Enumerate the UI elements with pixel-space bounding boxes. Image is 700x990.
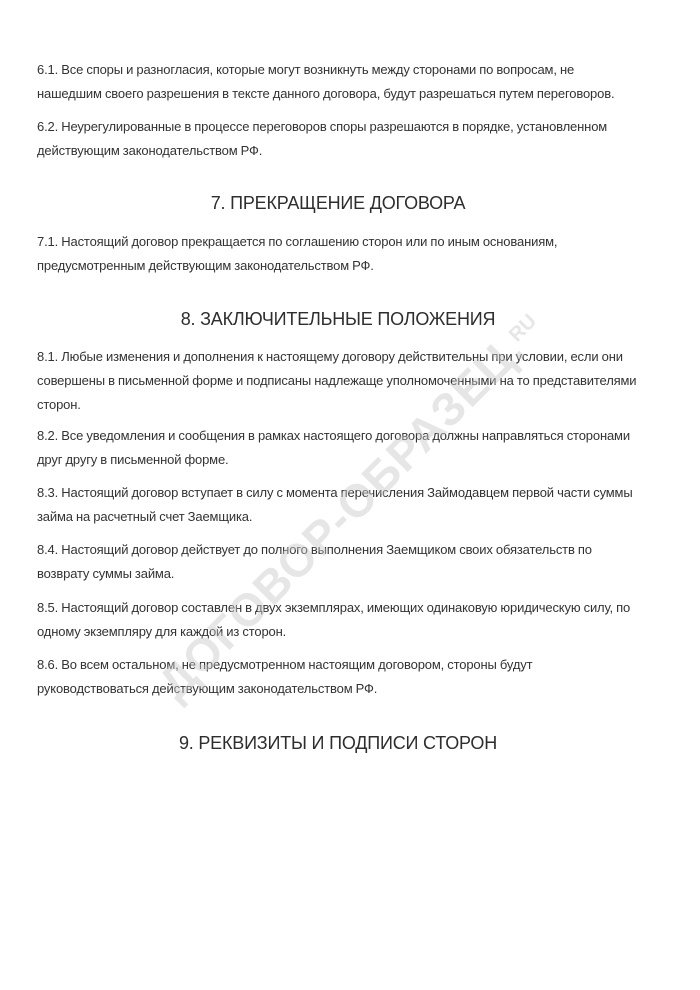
clause-6-1: 6.1. Все споры и разногласия, которые мо… (37, 58, 637, 106)
clause-8-2: 8.2. Все уведомления и сообщения в рамка… (37, 424, 637, 472)
section-heading-9: 9. РЕКВИЗИТЫ И ПОДПИСИ СТОРОН (0, 731, 676, 755)
clause-8-5: 8.5. Настоящий договор составлен в двух … (37, 596, 637, 644)
section-heading-8: 8. ЗАКЛЮЧИТЕЛЬНЫЕ ПОЛОЖЕНИЯ (0, 307, 676, 331)
clause-6-2: 6.2. Неурегулированные в процессе перего… (37, 115, 637, 163)
clause-8-4: 8.4. Настоящий договор действует до полн… (37, 538, 637, 586)
section-heading-7: 7. ПРЕКРАЩЕНИЕ ДОГОВОРА (0, 191, 676, 215)
clause-8-1: 8.1. Любые изменения и дополнения к наст… (37, 345, 637, 417)
clause-8-6: 8.6. Во всем остальном, не предусмотренн… (37, 653, 637, 701)
clause-8-3: 8.3. Настоящий договор вступает в силу с… (37, 481, 637, 529)
clause-7-1: 7.1. Настоящий договор прекращается по с… (37, 230, 637, 278)
document-page: 6.1. Все споры и разногласия, которые мо… (0, 0, 700, 990)
